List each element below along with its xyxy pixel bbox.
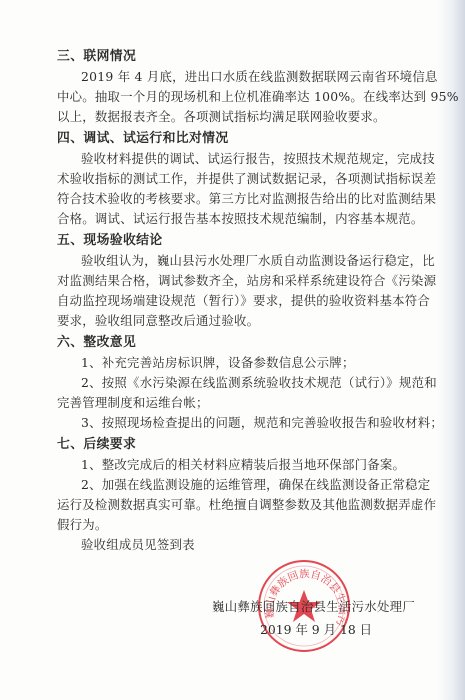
paragraph-line: 2、加强在线监测设施的运维管理，确保在线监测设备正常稳定: [57, 475, 425, 495]
section-heading: 六、整改意见: [57, 333, 425, 353]
paragraph-line: 1、补充完善站房标识牌，设备参数信息公示牌；: [57, 353, 425, 373]
document-body: 三、联网情况2019 年 4 月底，进出口水质在线监测数据联网云南省环境信息中心…: [57, 47, 425, 557]
section-spacer: [57, 555, 425, 557]
paragraph-line: 验收材料提供的调试、试运行报告，按照技术规范规定，完成技: [57, 149, 425, 169]
section-heading: 三、联网情况: [57, 47, 425, 67]
paragraph-line: 要求，验收组同意整改后通过验收。: [57, 311, 425, 331]
paragraph-line: 对监测结果合格，调试参数齐全，站房和采样系统建设符合《污染源: [57, 271, 425, 291]
paragraph-line: 运行及检测数据真实可靠。杜绝擅自调整参数及其他监测数据弄虚作: [57, 495, 425, 515]
paragraph-line: 验收组认为，巍山县污水处理厂水质自动监测设备运行稳定，比: [57, 251, 425, 271]
paragraph-line: 2、按照《水污染源在线监测系统验收技术规范（试行）》规范和: [57, 373, 425, 393]
paragraph-line: 假行为。: [57, 515, 425, 535]
paragraph-line: 2019 年 4 月底，进出口水质在线监测数据联网云南省环境信息: [57, 67, 425, 87]
paragraph-line: 完善管理制度和运维台帐；: [57, 393, 425, 413]
paragraph-line: 自动监控现场端建设规范（暂行）》要求，提供的验收资料基本符合: [57, 291, 425, 311]
paragraph-line: 1、整改完成后的相关材料应精装后报当地环保部门备案。: [57, 455, 425, 475]
section-heading: 五、现场验收结论: [57, 231, 425, 251]
paragraph-line: 验收组成员见签到表: [57, 535, 425, 555]
section-heading: 七、后续要求: [57, 435, 425, 455]
paragraph-line: 符合技术验收的考核要求。第三方比对监测报告给出的比对监测结果: [57, 189, 425, 209]
paragraph-line: 3、按照现场检查提出的问题，规范和完善验收报告和验收材料；: [57, 413, 425, 433]
signature-date: 2019 年 9 月 18 日: [260, 620, 372, 638]
section-heading: 四、调试、试运行和比对情况: [57, 129, 425, 149]
page-edge-shadow: [437, 0, 465, 700]
paragraph-line: 合格。调试、试运行报告基本按照技术规范编制，内容基本规范。: [57, 209, 425, 229]
signature-organization: 巍山彝族回族自治县生活污水处理厂: [212, 597, 415, 615]
paragraph-line: 中心。抽取一个月的现场机和上位机准确率达 100%。在线率达到 95%: [57, 87, 425, 107]
paragraph-line: 以上，数据报表齐全。各项测试指标均满足联网验收要求。: [57, 107, 425, 127]
paragraph-line: 术验收指标的测试工作，并提供了测试数据记录，各项测试指标误差: [57, 169, 425, 189]
